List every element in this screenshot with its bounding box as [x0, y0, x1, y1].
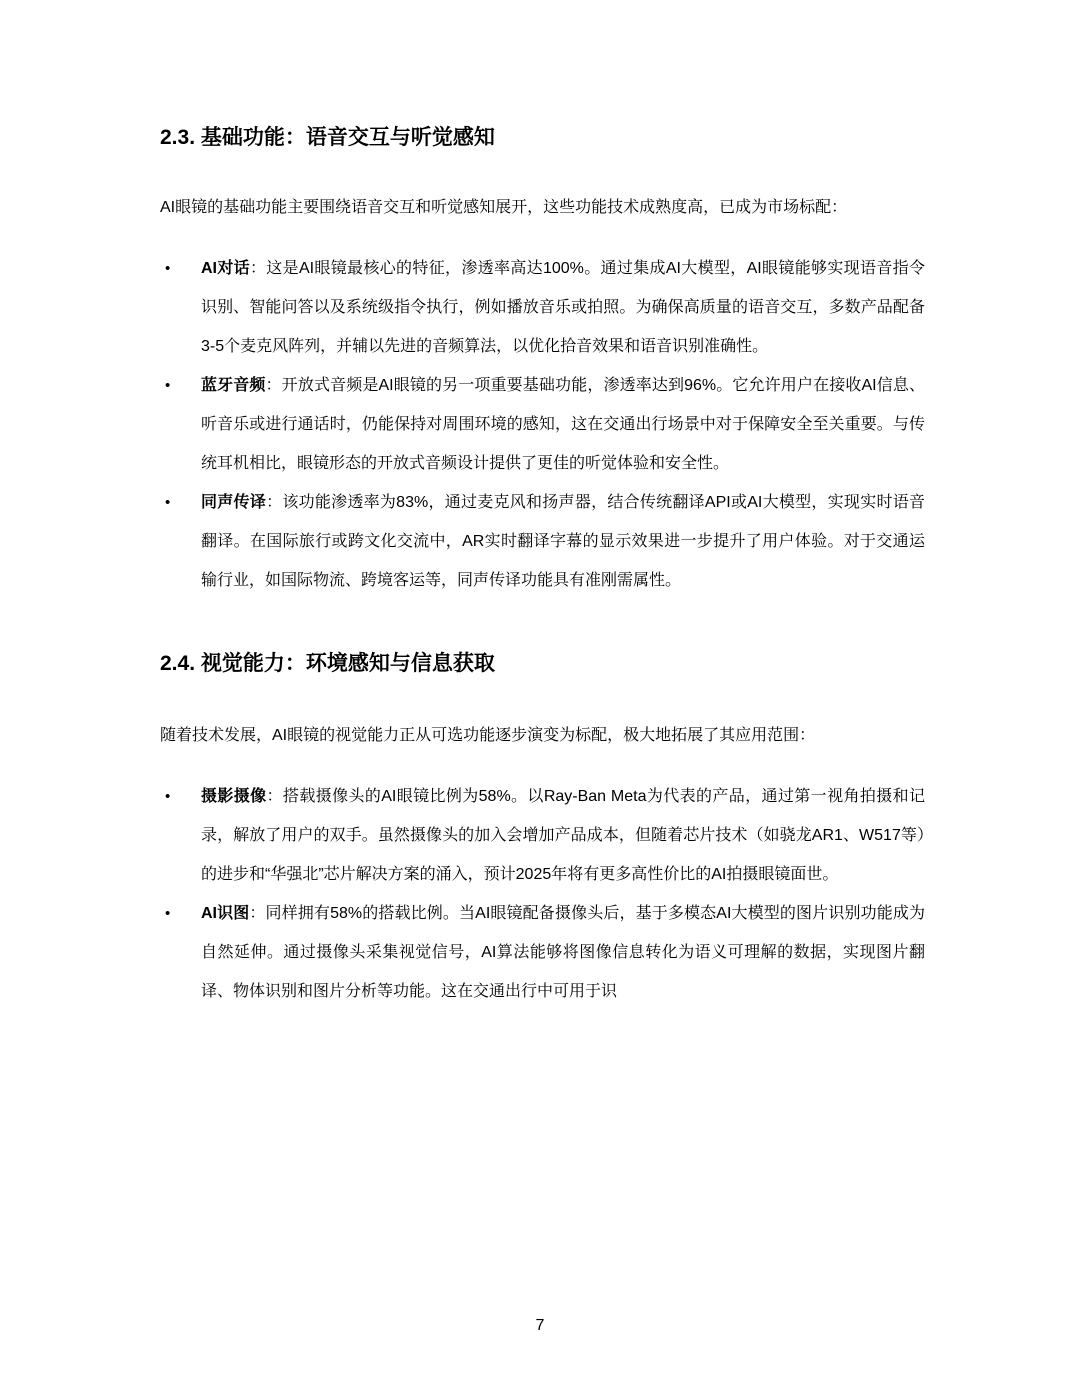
document-page: 2.3. 基础功能：语音交互与听觉感知 AI眼镜的基础功能主要围绕语音交互和听觉… — [0, 0, 1080, 1398]
bullet-desc: ：这是AI眼镜最核心的特征，渗透率高达100%。通过集成AI大模型，AI眼镜能够… — [201, 260, 925, 355]
bullet-icon: • — [165, 366, 170, 405]
bullet-desc: ：该功能渗透率为83%，通过麦克风和扬声器，结合传统翻译API或AI大模型，实现… — [201, 494, 925, 589]
bullet-term: AI对话 — [201, 260, 250, 277]
bullet-term: 摄影摄像 — [201, 788, 267, 805]
bullet-icon: • — [165, 777, 170, 816]
list-item: •同声传译：该功能渗透率为83%，通过麦克风和扬声器，结合传统翻译API或AI大… — [160, 483, 925, 600]
bullet-desc: ：搭载摄像头的AI眼镜比例为58%。以Ray-Ban Meta为代表的产品，通过… — [201, 788, 925, 883]
section-2-3-heading: 2.3. 基础功能：语音交互与听觉感知 — [160, 122, 925, 154]
list-item: •AI对话：这是AI眼镜最核心的特征，渗透率高达100%。通过集成AI大模型，A… — [160, 249, 925, 366]
bullet-icon: • — [165, 249, 170, 288]
section-2-4-heading: 2.4. 视觉能力：环境感知与信息获取 — [160, 648, 925, 680]
page-number: 7 — [0, 1316, 1080, 1336]
bullet-term: 蓝牙音频 — [201, 377, 266, 394]
section-2-3-intro: AI眼镜的基础功能主要围绕语音交互和听觉感知展开，这些功能技术成熟度高，已成为市… — [160, 188, 925, 227]
bullet-term: 同声传译 — [201, 494, 266, 511]
list-item: •摄影摄像：搭载摄像头的AI眼镜比例为58%。以Ray-Ban Meta为代表的… — [160, 777, 925, 894]
section-2-3-bullet-list: •AI对话：这是AI眼镜最核心的特征，渗透率高达100%。通过集成AI大模型，A… — [160, 249, 925, 600]
bullet-desc: ：同样拥有58%的搭载比例。当AI眼镜配备摄像头后，基于多模态AI大模型的图片识… — [201, 905, 925, 1000]
section-2-4-bullet-list: •摄影摄像：搭载摄像头的AI眼镜比例为58%。以Ray-Ban Meta为代表的… — [160, 777, 925, 1011]
list-item: •蓝牙音频：开放式音频是AI眼镜的另一项重要基础功能，渗透率达到96%。它允许用… — [160, 366, 925, 483]
bullet-icon: • — [165, 894, 170, 933]
bullet-desc: ：开放式音频是AI眼镜的另一项重要基础功能，渗透率达到96%。它允许用户在接收A… — [201, 377, 925, 472]
bullet-term: AI识图 — [201, 905, 249, 922]
bullet-icon: • — [165, 483, 170, 522]
list-item: •AI识图：同样拥有58%的搭载比例。当AI眼镜配备摄像头后，基于多模态AI大模… — [160, 894, 925, 1011]
section-2-4-intro: 随着技术发展，AI眼镜的视觉能力正从可选功能逐步演变为标配，极大地拓展了其应用范… — [160, 716, 925, 755]
